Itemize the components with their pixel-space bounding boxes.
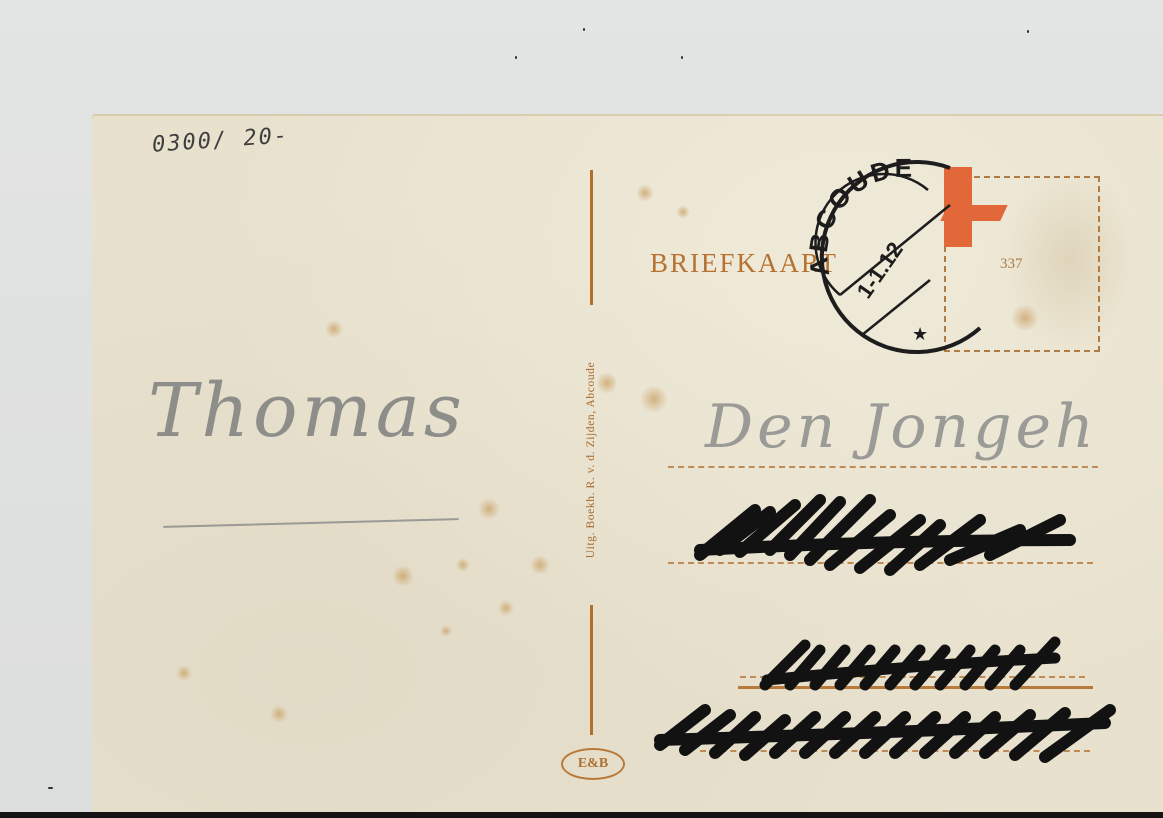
postmark-star-icon: ★	[912, 324, 928, 344]
foxing-spot	[440, 625, 452, 637]
foxing-spot	[598, 370, 616, 396]
address-line-1	[668, 466, 1098, 468]
dust-speck	[515, 56, 517, 59]
foxing-spot	[636, 184, 654, 202]
dust-speck	[1027, 30, 1029, 33]
divider-line-bottom	[590, 605, 593, 735]
postmark-cancellation: ABCOUDE 1-1.12 ★	[800, 150, 1000, 365]
address-line-handwritten: Den Jongeh	[705, 392, 1098, 462]
foxing-spot	[325, 320, 343, 338]
stamp-box-number: 337	[1000, 256, 1023, 273]
redaction-scribble-3	[645, 695, 1125, 775]
foxing-spot	[176, 665, 192, 681]
foxing-spot	[676, 205, 690, 219]
postmark-date: 1-1.12	[852, 237, 908, 302]
dust-speck	[681, 56, 683, 59]
redaction-scribble-1	[680, 480, 1100, 610]
foxing-spot	[530, 555, 550, 575]
dust-speck	[583, 28, 585, 31]
scanner-edge	[0, 812, 1163, 818]
dust-speck	[48, 787, 53, 789]
foxing-spot	[270, 705, 288, 723]
foxing-spot	[640, 385, 668, 413]
recipient-name-handwritten: Thomas	[148, 368, 466, 454]
foxing-spot	[498, 600, 514, 616]
redaction-scribble-2	[755, 630, 1085, 700]
foxing-spot	[478, 498, 500, 520]
foxing-spot	[392, 565, 414, 587]
publisher-logo: E&B	[561, 748, 625, 780]
divider-line-top	[590, 170, 593, 305]
publisher-imprint: Uitg. Boekh. R. v. d. Zijden, Abcoude	[585, 362, 597, 559]
foxing-spot	[456, 558, 470, 572]
